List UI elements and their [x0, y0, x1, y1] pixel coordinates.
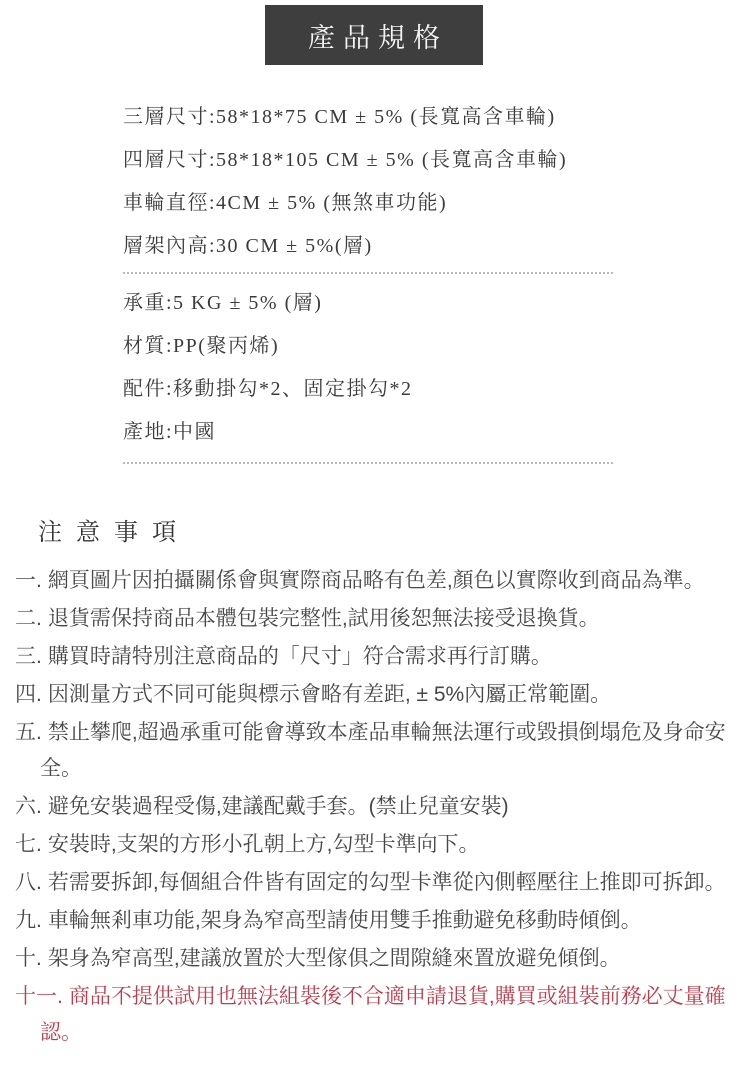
- list-item: 五.禁止攀爬,超過承重可能會導致本產品車輪無法運行或毀損倒塌危及身命安全。: [15, 715, 742, 787]
- specs-block-1: 三層尺寸:58*18*75 CM ± 5% (長寬高含車輪) 四層尺寸:58*1…: [123, 96, 690, 268]
- item-number: 六.: [15, 795, 42, 818]
- item-text: 車輪無剎車功能,架身為窄高型請使用雙手推動避免移動時傾倒。: [48, 909, 642, 932]
- list-item: 十.架身為窄高型,建議放置於大型傢俱之間隙縫來置放避免傾倒。: [15, 941, 742, 977]
- notice-list: 一.網頁圖片因拍攝關係會與實際商品略有色差,顏色以實際收到商品為準。 二.退貨需…: [15, 563, 742, 1051]
- item-number: 九.: [15, 909, 42, 932]
- section-header-box: 產品規格: [265, 5, 483, 65]
- spec-line-wheel-diameter: 車輪直徑:4CM ± 5% (無煞車功能): [123, 182, 690, 225]
- list-item: 八.若需要拆卸,每個組合件皆有固定的勾型卡準從內側輕壓往上推即可拆卸。: [15, 865, 742, 901]
- list-item-warning: 十一.商品不提供試用也無法組裝後不合適申請退貨,購買或組裝前務必丈量確認。: [15, 979, 742, 1051]
- list-item: 六.避免安裝過程受傷,建議配戴手套。(禁止兒童安裝): [15, 789, 742, 825]
- list-item: 三.購買時請特別注意商品的「尺寸」符合需求再行訂購。: [15, 639, 742, 675]
- item-number: 四.: [15, 683, 42, 706]
- spec-line-load-capacity: 承重:5 KG ± 5% (層): [123, 282, 690, 325]
- item-text: 若需要拆卸,每個組合件皆有固定的勾型卡準從內側輕壓往上推即可拆卸。: [48, 871, 726, 894]
- list-item: 二.退貨需保持商品本體包裝完整性,試用後恕無法接受退換貨。: [15, 601, 742, 637]
- item-number: 三.: [15, 645, 42, 668]
- item-text: 架身為窄高型,建議放置於大型傢俱之間隙縫來置放避免傾倒。: [48, 947, 621, 970]
- item-number: 二.: [15, 607, 42, 630]
- item-text: 商品不提供試用也無法組裝後不合適申請退貨,購買或組裝前務必丈量確認。: [40, 985, 726, 1044]
- dotted-divider: [123, 462, 613, 464]
- item-number: 一.: [15, 569, 42, 592]
- list-item: 四.因測量方式不同可能與標示會略有差距, ± 5%內屬正常範圍。: [15, 677, 742, 713]
- spec-line-dimensions-4tier: 四層尺寸:58*18*105 CM ± 5% (長寬高含車輪): [123, 139, 690, 182]
- item-number: 十.: [15, 947, 42, 970]
- specs-block-2: 承重:5 KG ± 5% (層) 材質:PP(聚丙烯) 配件:移動掛勾*2、固定…: [123, 282, 690, 454]
- item-text: 購買時請特別注意商品的「尺寸」符合需求再行訂購。: [48, 645, 552, 668]
- list-item: 九.車輪無剎車功能,架身為窄高型請使用雙手推動避免移動時傾倒。: [15, 903, 742, 939]
- product-spec-page: 產品規格 三層尺寸:58*18*75 CM ± 5% (長寬高含車輪) 四層尺寸…: [0, 5, 750, 1051]
- specs-section: 三層尺寸:58*18*75 CM ± 5% (長寬高含車輪) 四層尺寸:58*1…: [0, 96, 750, 464]
- item-text: 網頁圖片因拍攝關係會與實際商品略有色差,顏色以實際收到商品為準。: [48, 569, 705, 592]
- item-text: 避免安裝過程受傷,建議配戴手套。(禁止兒童安裝): [48, 795, 509, 818]
- item-text: 禁止攀爬,超過承重可能會導致本產品車輪無法運行或毀損倒塌危及身命安全。: [40, 721, 726, 780]
- spec-line-origin: 產地:中國: [123, 411, 690, 454]
- item-number: 五.: [15, 721, 42, 744]
- spec-line-dimensions-3tier: 三層尺寸:58*18*75 CM ± 5% (長寬高含車輪): [123, 96, 690, 139]
- item-text: 退貨需保持商品本體包裝完整性,試用後恕無法接受退換貨。: [48, 607, 600, 630]
- dotted-divider: [123, 272, 613, 274]
- list-item: 七.安裝時,支架的方形小孔朝上方,勾型卡準向下。: [15, 827, 742, 863]
- spec-line-accessories: 配件:移動掛勾*2、固定掛勾*2: [123, 368, 690, 411]
- item-number: 七.: [15, 833, 42, 856]
- list-item: 一.網頁圖片因拍攝關係會與實際商品略有色差,顏色以實際收到商品為準。: [15, 563, 742, 599]
- notice-heading: 注 意 事 項: [38, 519, 750, 548]
- item-text: 因測量方式不同可能與標示會略有差距, ± 5%內屬正常範圍。: [48, 683, 611, 706]
- item-number: 八.: [15, 871, 42, 894]
- spec-line-shelf-height: 層架內高:30 CM ± 5%(層): [123, 225, 690, 268]
- item-text: 安裝時,支架的方形小孔朝上方,勾型卡準向下。: [48, 833, 480, 856]
- spec-line-material: 材質:PP(聚丙烯): [123, 325, 690, 368]
- item-number: 十一.: [15, 985, 63, 1008]
- page-title: 產品規格: [300, 16, 448, 55]
